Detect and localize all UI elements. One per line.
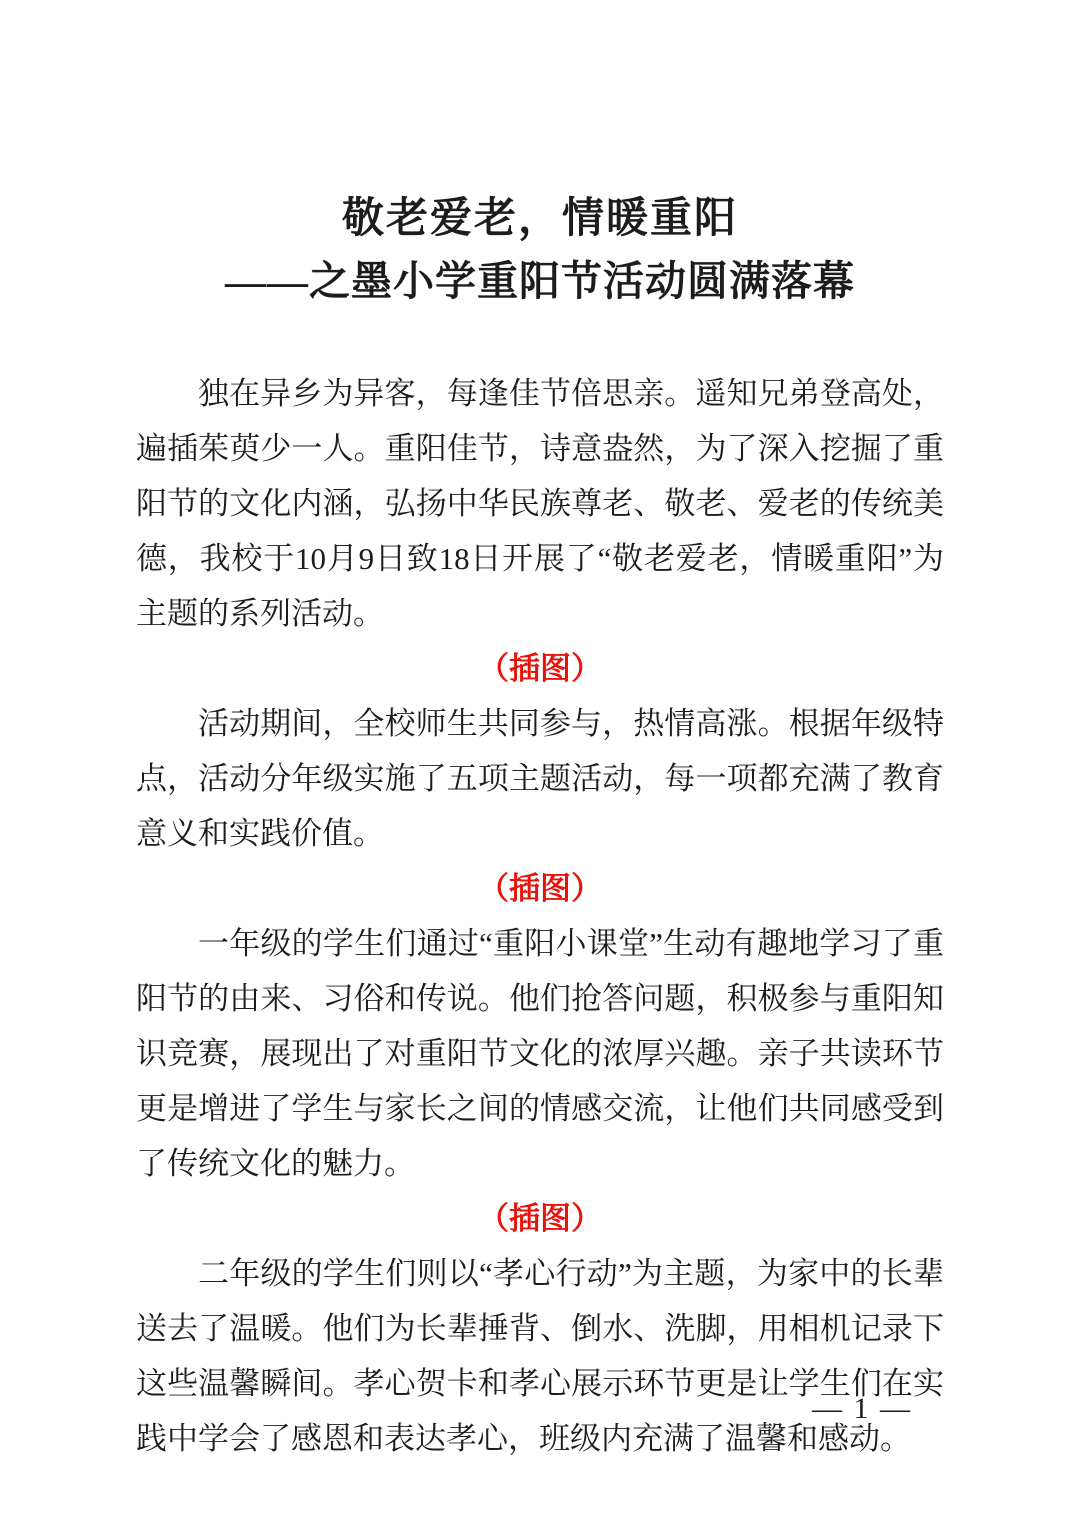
illustration-placeholder: （插图） [136, 861, 944, 916]
body-paragraph: 活动期间，全校师生共同参与，热情高涨。根据年级特点，活动分年级实施了五项主题活动… [136, 696, 944, 861]
document-body: 独在异乡为异客，每逢佳节倍思亲。遥知兄弟登高处，遍插茱萸少一人。重阳佳节，诗意盎… [136, 366, 944, 1466]
body-paragraph: 二年级的学生们则以“孝心行动”为主题，为家中的长辈送去了温暖。他们为长辈捶背、倒… [136, 1246, 944, 1466]
illustration-placeholder: （插图） [136, 1191, 944, 1246]
title-block: 敬老爱老，情暖重阳 ——之墨小学重阳节活动圆满落幕 [0, 0, 1080, 310]
illustration-placeholder: （插图） [136, 641, 944, 696]
document-page: 敬老爱老，情暖重阳 ——之墨小学重阳节活动圆满落幕 独在异乡为异客，每逢佳节倍思… [0, 0, 1080, 1527]
document-subtitle: ——之墨小学重阳节活动圆满落幕 [0, 252, 1080, 310]
page-number: — 1 — [812, 1392, 912, 1426]
document-title: 敬老爱老，情暖重阳 [0, 190, 1080, 248]
body-paragraph: 独在异乡为异客，每逢佳节倍思亲。遥知兄弟登高处，遍插茱萸少一人。重阳佳节，诗意盎… [136, 366, 944, 641]
body-paragraph: 一年级的学生们通过“重阳小课堂”生动有趣地学习了重阳节的由来、习俗和传说。他们抢… [136, 916, 944, 1191]
